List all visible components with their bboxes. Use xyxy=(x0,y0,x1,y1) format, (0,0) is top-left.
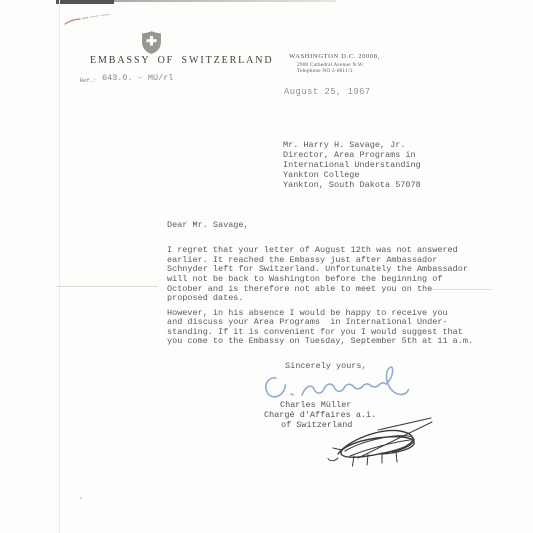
paper-left-edge xyxy=(59,0,60,533)
recipient-line: Mr. Harry H. Savage, Jr. xyxy=(283,140,421,150)
body-paragraph-2: However, in his absence I would be happy… xyxy=(167,309,473,348)
crease-line-left xyxy=(56,286,158,287)
scan-edge-artifact-light xyxy=(114,0,336,2)
body-paragraph-1: I regret that your letter of August 12th… xyxy=(167,246,468,304)
scanned-letter: EMBASSY OF SWITZERLAND Ref.: 643.0. - MU… xyxy=(0,0,533,533)
signer-name: Charles Müller xyxy=(280,400,351,410)
salutation: Dear Mr. Savage, xyxy=(167,220,249,230)
red-pencil-mark xyxy=(60,11,120,31)
swiss-shield-icon xyxy=(141,30,162,55)
ref-number: 643.0. - MU/rl xyxy=(102,73,173,83)
recipient-line: Yankton College xyxy=(283,170,421,180)
letter-date: August 25, 1967 xyxy=(284,87,371,97)
recipient-line: Yankton, South Dakota 57078 xyxy=(283,180,421,190)
scan-edge-artifact-dark xyxy=(56,0,114,4)
ref-label: Ref.: xyxy=(80,78,97,84)
recipient-address: Mr. Harry H. Savage, Jr. Director, Area … xyxy=(283,140,421,190)
letterhead-telephone: Telephone NO 2-0811/3 xyxy=(297,68,352,74)
body-line: you come to the Embassy on Tuesday, Sept… xyxy=(167,337,473,347)
ink-scribble xyxy=(320,414,435,470)
body-line: proposed dates. xyxy=(167,294,468,304)
recipient-line: Director, Area Programs in xyxy=(283,150,421,160)
embassy-name: EMBASSY OF SWITZERLAND xyxy=(90,55,274,66)
paper-speck xyxy=(80,497,82,499)
letterhead-city: WASHINGTON D.C. 20008, xyxy=(289,53,380,60)
recipient-line: International Understanding xyxy=(283,160,421,170)
